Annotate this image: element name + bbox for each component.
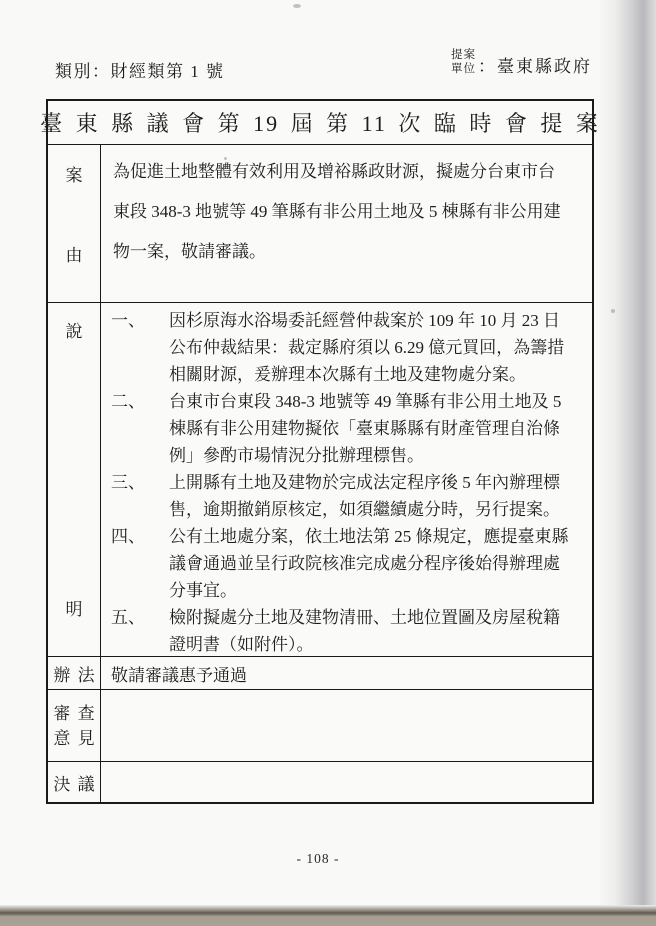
case-label-bottom: 由 bbox=[66, 241, 83, 266]
explanation-item: 二、 台東市台東段 348-3 地號等 49 筆縣有非公用土地及 5 棟縣有非公… bbox=[111, 388, 592, 469]
proposal-title: 臺 東 縣 議 會 第 19 屆 第 11 次 臨 時 會 提 案 bbox=[48, 101, 592, 145]
explanation-item: 五、 檢附擬處分土地及建物清冊、土地位置圖及房屋稅籍 證明書（如附件）。 bbox=[111, 604, 592, 658]
scanned-document-page: 類別：財經類第 1 號 提案 單位 ：臺東縣政府 臺 東 縣 議 會 第 19 … bbox=[0, 0, 656, 926]
resolution-row-label: 決 議 bbox=[48, 762, 101, 802]
case-label-top: 案 bbox=[66, 161, 83, 186]
review-opinion-text bbox=[101, 690, 592, 761]
method-text: 敬請審議惠予通過 bbox=[101, 657, 592, 689]
explanation-item: 一、 因杉原海水浴場委託經營仲裁案於 109 年 10 月 23 日 公布仲裁結… bbox=[111, 307, 592, 388]
proposer-unit-label-bottom: 單位 bbox=[451, 62, 476, 76]
explanation-row-label: 說 明 bbox=[48, 303, 101, 656]
explanation-label-bottom: 明 bbox=[66, 595, 83, 620]
review-label-bottom: 意 見 bbox=[53, 726, 94, 751]
case-row: 案 由 為促進土地整體有效利用及增裕縣政財源，擬處分台東市台 東段 348-3 … bbox=[48, 145, 592, 303]
page-number: - 108 - bbox=[46, 851, 590, 867]
proposer-unit-label: 提案 單位 bbox=[451, 48, 476, 76]
proposal-table: 臺 東 縣 議 會 第 19 屆 第 11 次 臨 時 會 提 案 案 由 為促… bbox=[46, 99, 594, 804]
explanation-label-top: 說 bbox=[66, 317, 83, 342]
review-opinion-row-label: 審 查 意 見 bbox=[48, 690, 101, 761]
method-row: 辦 法 敬請審議惠予通過 bbox=[48, 657, 592, 690]
explanation-item-number: 三、 bbox=[111, 469, 169, 523]
explanation-item-number: 五、 bbox=[111, 604, 169, 658]
proposer-unit-label-top: 提案 bbox=[451, 48, 476, 62]
case-text: 為促進土地整體有效利用及增裕縣政財源，擬處分台東市台 東段 348-3 地號等 … bbox=[101, 145, 592, 302]
review-opinion-row: 審 查 意 見 bbox=[48, 690, 592, 762]
explanation-item-number: 二、 bbox=[111, 388, 169, 469]
explanation-item-number: 一、 bbox=[111, 307, 169, 388]
scan-speck bbox=[611, 309, 615, 313]
method-row-label: 辦 法 bbox=[48, 657, 101, 689]
explanation-list: 一、 因杉原海水浴場委託經營仲裁案於 109 年 10 月 23 日 公布仲裁結… bbox=[101, 303, 592, 656]
explanation-item-text: 檢附擬處分土地及建物清冊、土地位置圖及房屋稅籍 證明書（如附件）。 bbox=[169, 604, 592, 658]
explanation-item: 四、 公有土地處分案，依土地法第 25 條規定，應提臺東縣 議會通過並呈行政院核… bbox=[111, 523, 592, 604]
review-label-top: 審 查 bbox=[53, 701, 94, 726]
explanation-item-text: 台東市台東段 348-3 地號等 49 筆縣有非公用土地及 5 棟縣有非公用建物… bbox=[169, 388, 592, 469]
scan-speck bbox=[224, 157, 227, 160]
scan-bottom-edge bbox=[0, 905, 656, 926]
explanation-item: 三、 上開縣有土地及建物於完成法定程序後 5 年內辦理標 售，逾期撤銷原核定，如… bbox=[111, 469, 592, 523]
explanation-item-text: 上開縣有土地及建物於完成法定程序後 5 年內辦理標 售，逾期撤銷原核定，如須繼續… bbox=[169, 469, 592, 523]
proposer-unit: 提案 單位 ：臺東縣政府 bbox=[451, 44, 592, 77]
proposer-unit-value: ：臺東縣政府 bbox=[478, 44, 592, 77]
explanation-item-number: 四、 bbox=[111, 523, 169, 604]
case-row-label: 案 由 bbox=[48, 145, 101, 302]
resolution-row: 決 議 bbox=[48, 762, 592, 802]
scan-right-shadow bbox=[598, 0, 656, 926]
scan-speck bbox=[293, 4, 301, 8]
resolution-text bbox=[101, 762, 592, 802]
explanation-row: 說 明 一、 因杉原海水浴場委託經營仲裁案於 109 年 10 月 23 日 公… bbox=[48, 303, 592, 657]
explanation-item-text: 公有土地處分案，依土地法第 25 條規定，應提臺東縣 議會通過並呈行政院核准完成… bbox=[169, 523, 592, 604]
explanation-item-text: 因杉原海水浴場委託經營仲裁案於 109 年 10 月 23 日 公布仲裁結果：裁… bbox=[169, 307, 592, 388]
category-label: 類別：財經類第 1 號 bbox=[55, 57, 225, 82]
